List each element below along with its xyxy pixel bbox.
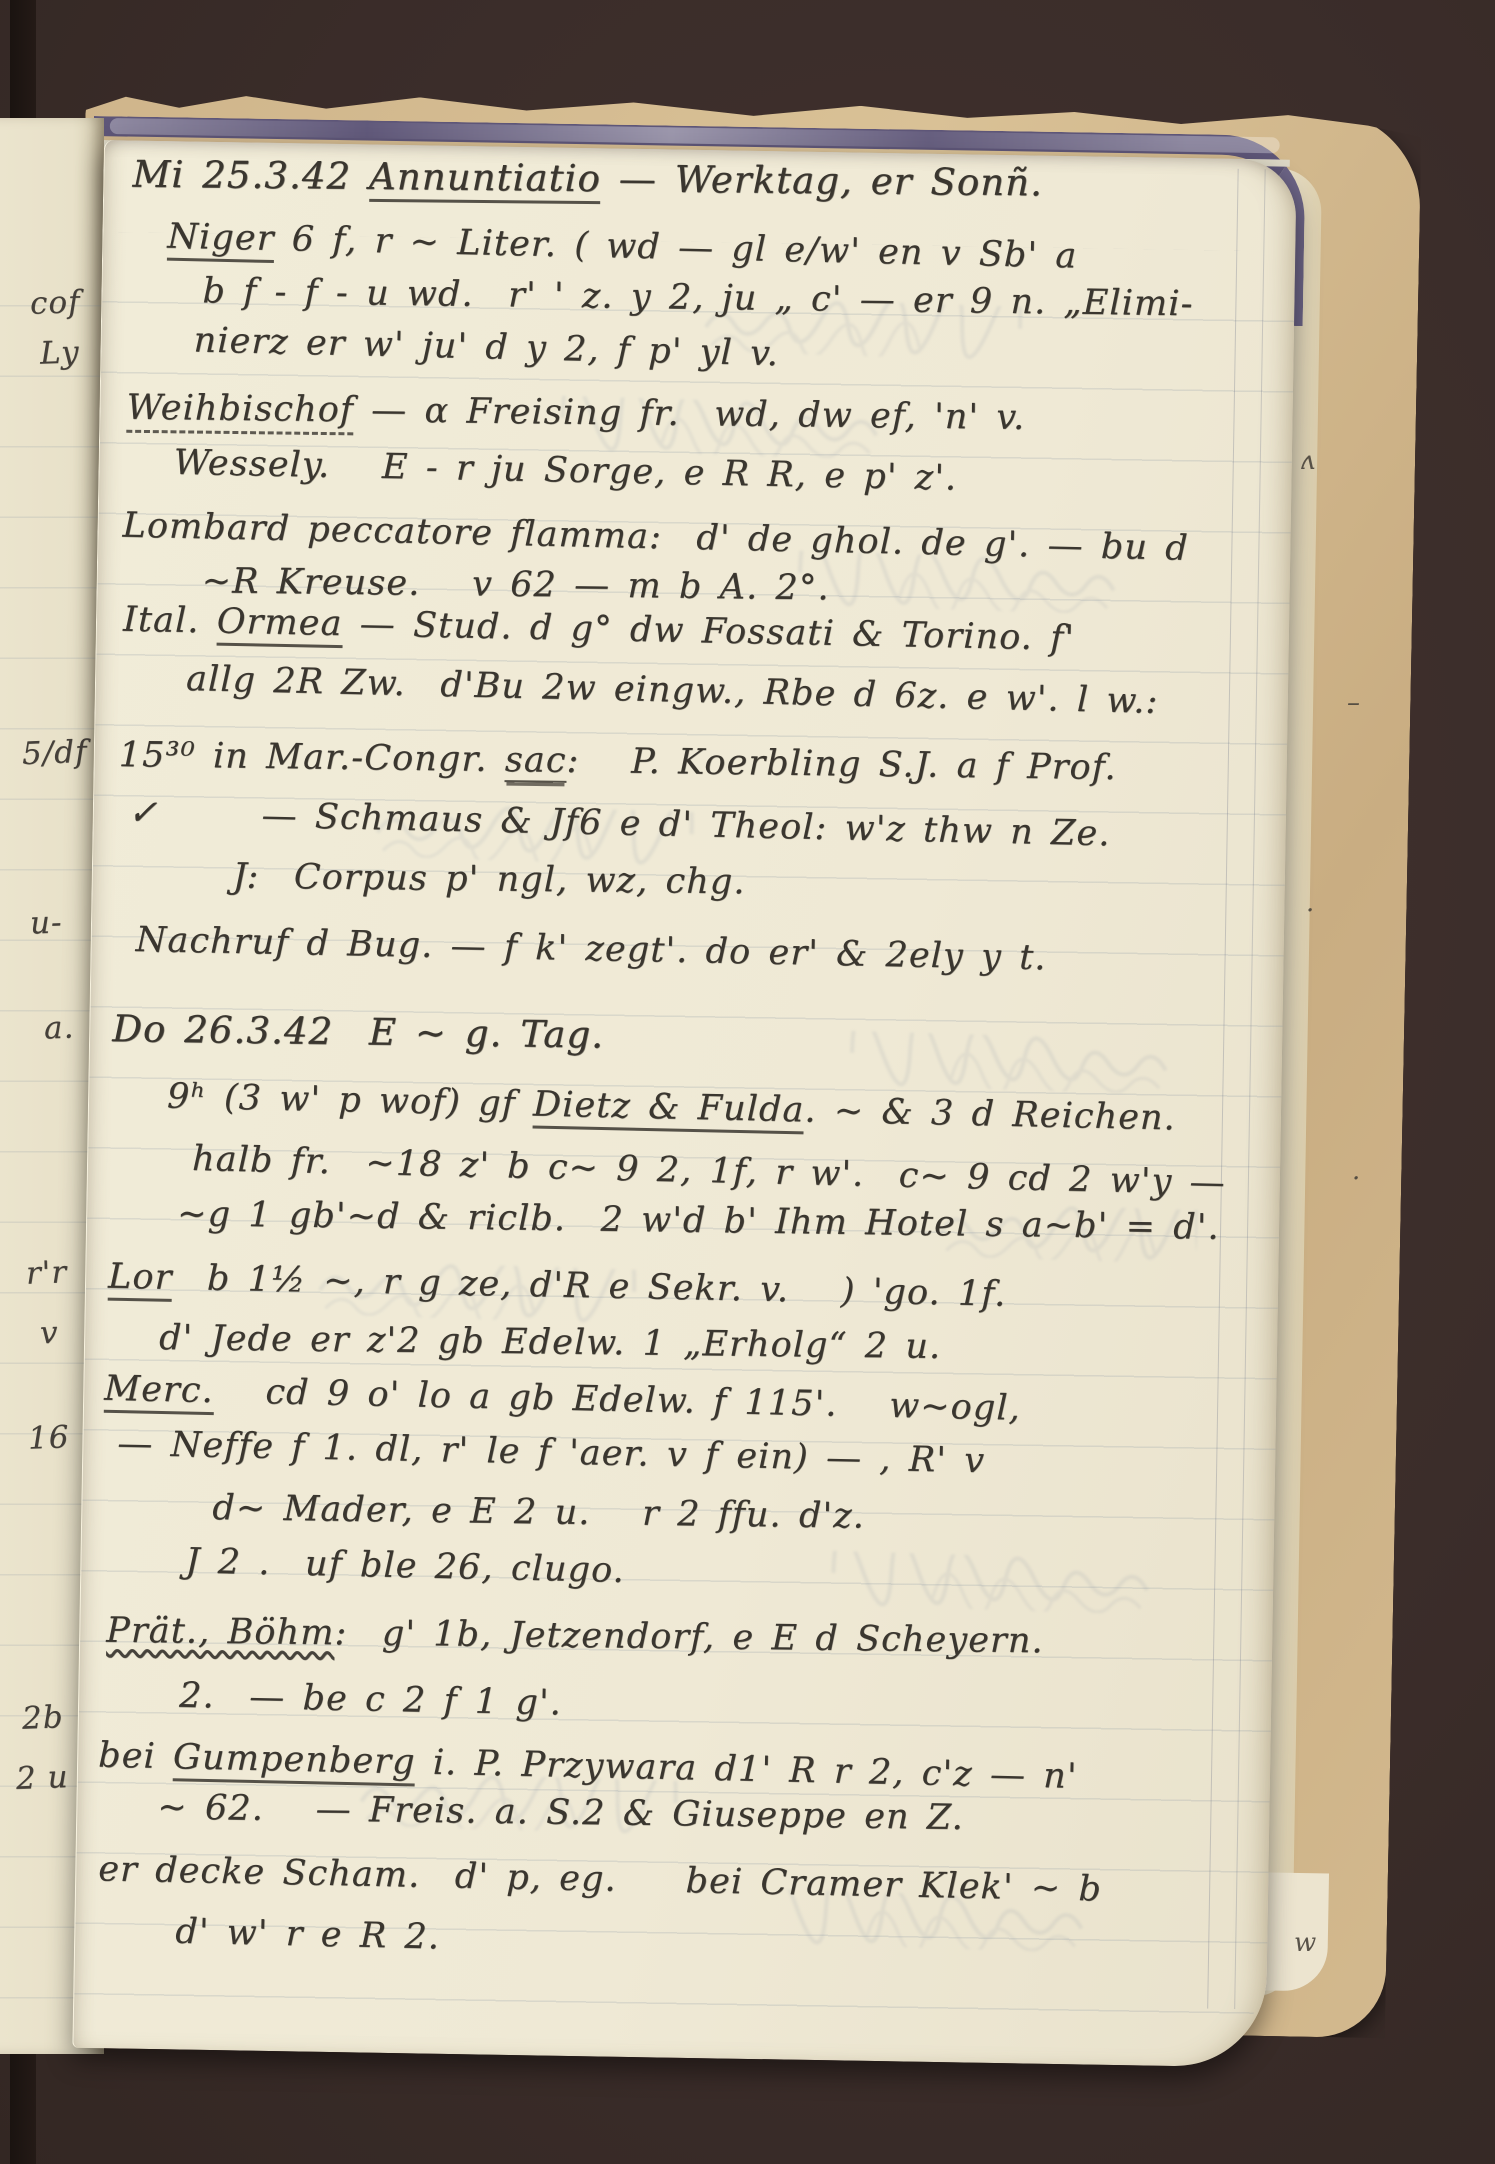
edge-ink-fragment: · xyxy=(1352,1164,1360,1194)
manuscript-text: ✓ xyxy=(127,793,158,834)
manuscript-line: 9ʰ (3 w' p wof) gf Dietz & Fulda. ~ & 3 … xyxy=(167,1075,1177,1141)
facing-page-text-fragment: v xyxy=(39,1315,59,1352)
manuscript-text: : P. Koerbling S.J. a f Prof. xyxy=(566,741,1117,788)
manuscript-text: — Neffe f 1. dl, r' le f 'aer. v f ein) … xyxy=(117,1424,985,1481)
facing-page-text-fragment: 5/df xyxy=(21,734,88,772)
manuscript-text: b 1½ ~, r g ze, d'R e Sekr. v. ) 'go. 1f… xyxy=(172,1258,1007,1315)
manuscript-text: J 2 . uf ble 26, clugo. xyxy=(185,1541,625,1591)
manuscript-text: 9ʰ (3 w' p wof) gf xyxy=(167,1077,534,1125)
underlined-heading-word: Prät., Böhm xyxy=(106,1611,335,1654)
underlined-heading-word: Annuntiatio xyxy=(369,155,601,204)
manuscript-text: — Schmaus & Jf6 e d' Theol: w'z thw n Ze… xyxy=(158,794,1111,855)
manuscript-text: i. P. Przywara d1' R r 2, c'z — n' xyxy=(415,1742,1078,1796)
manuscript-line: d~ Mader, e E 2 u. r 2 ffu. d'z. xyxy=(212,1486,865,1539)
facing-page-text-fragment: r'r xyxy=(25,1254,67,1291)
manuscript-line: nierz er w' ju' d y 2, f p' yl v. xyxy=(193,318,779,376)
manuscript-line: Prät., Böhm: g' 1b, Jetzendorf, e E d Sc… xyxy=(106,1609,1044,1664)
manuscript-text: bei xyxy=(98,1736,174,1778)
edge-ink-fragment: ʌ xyxy=(1300,446,1315,476)
bleedthrough-squiggle xyxy=(779,1029,1170,1095)
bleedthrough-squiggle xyxy=(720,1547,1151,1614)
manuscript-text: : g' 1b, Jetzendorf, e E d Scheyern. xyxy=(334,1613,1044,1661)
manuscript-line: Merc. cd 9 o' lo a gb Edelw. f 115'. w~o… xyxy=(104,1367,1022,1431)
facing-page-text-fragment: 16 xyxy=(27,1419,70,1456)
manuscript-text: Mi 25.3.42 xyxy=(132,153,369,198)
manuscript-text: Nachruf d Bug. — f k' zegt'. do er' & 2e… xyxy=(135,920,1047,978)
edge-ink-fragment: – xyxy=(1347,688,1360,718)
manuscript-text: ~ 62. — Freis. a. S.2 & Giuseppe en Z. xyxy=(157,1788,964,1839)
manuscript-line: ✓ — Schmaus & Jf6 e d' Theol: w'z thw n … xyxy=(127,791,1111,856)
edge-ink-fragment: · xyxy=(1306,896,1314,926)
manuscript-text: — Werktag, er Sonñ. xyxy=(601,157,1043,204)
margin-guide-lines xyxy=(1207,169,1266,2009)
manuscript-line: allg 2R Zw. d'Bu 2w eingw., Rbe d 6z. e … xyxy=(186,657,1159,724)
manuscript-line: Lor b 1½ ~, r g ze, d'R e Sekr. v. ) 'go… xyxy=(108,1255,1007,1317)
facing-page-text-fragment: 2b xyxy=(21,1699,64,1736)
underlined-heading-word: Niger xyxy=(167,217,275,263)
manuscript-text: 15³⁰ in Mar.-Congr. xyxy=(119,735,506,780)
manuscript-line: Do 26.3.42 E ~ g. Tag. xyxy=(112,1007,604,1057)
manuscript-text: Do 26.3.42 E ~ g. Tag. xyxy=(112,1007,604,1056)
manuscript-line: er decke Scham. d' p, eg. bei Cramer Kle… xyxy=(98,1847,1103,1911)
manuscript-line: Wessely. E - r ju Sorge, e R R, e p' z'. xyxy=(173,441,957,501)
manuscript-text: Wessely. E - r ju Sorge, e R R, e p' z'. xyxy=(173,443,957,499)
manuscript-line: J 2 . uf ble 26, clugo. xyxy=(185,1539,625,1593)
edge-ink-fragment: w xyxy=(1294,1928,1316,1958)
manuscript-text: — Stud. d g° dw Fossati & Torino. f' xyxy=(342,604,1075,659)
facing-page-text-fragment: u- xyxy=(29,904,63,941)
underlined-heading-word: Lor xyxy=(108,1257,173,1302)
manuscript-text: 2. — be c 2 f 1 g'. xyxy=(179,1676,562,1724)
manuscript-line: J: Corpus p' ngl, wz, chg. xyxy=(233,855,746,905)
manuscript-text: b f - f - u wd. r' ' z. y 2, ju „ c' — e… xyxy=(202,271,1194,324)
facing-page-text-fragment: a. xyxy=(43,1009,75,1046)
manuscript-line: Niger 6 f, r ~ Liter. ( wd — gl e/w' en … xyxy=(167,215,1078,279)
manuscript-text: allg 2R Zw. d'Bu 2w eingw., Rbe d 6z. e … xyxy=(186,659,1159,722)
manuscript-text: cd 9 o' lo a gb Edelw. f 115'. w~ogl, xyxy=(213,1371,1021,1429)
manuscript-line: Nachruf d Bug. — f k' zegt'. do er' & 2e… xyxy=(135,918,1047,980)
manuscript-text: d' Jede er z'2 gb Edelw. 1 „Erholg“ 2 u. xyxy=(159,1318,942,1367)
book-photograph: cofLy5/dfu-a.r'rv162b2 u Mi 25.3.42 Annu… xyxy=(0,0,1495,2164)
manuscript-text: er decke Scham. d' p, eg. bei Cramer Kle… xyxy=(98,1849,1102,1909)
manuscript-text: d~ Mader, e E 2 u. r 2 ffu. d'z. xyxy=(212,1488,865,1537)
underlined-heading-word: Ormea xyxy=(216,602,343,649)
manuscript-line: Mi 25.3.42 Annuntiatio — Werktag, er Son… xyxy=(132,153,1043,206)
manuscript-text: J: Corpus p' ngl, wz, chg. xyxy=(233,857,746,903)
manuscript-line: d' Jede er z'2 gb Edelw. 1 „Erholg“ 2 u. xyxy=(159,1316,942,1369)
manuscript-text: Ital. xyxy=(123,600,218,642)
manuscript-line: Weihbischof — α Freising fr. wd, dw ef, … xyxy=(126,386,1025,440)
manuscript-line: — Neffe f 1. dl, r' le f 'aer. v f ein) … xyxy=(117,1422,986,1483)
manuscript-text: . ~ & 3 d Reichen. xyxy=(804,1090,1176,1138)
manuscript-text: nierz er w' ju' d y 2, f p' yl v. xyxy=(193,320,779,374)
manuscript-line: 15³⁰ in Mar.-Congr. sac: P. Koerbling S.… xyxy=(119,733,1118,790)
manuscript-text: 6 f, r ~ Liter. ( wd — gl e/w' en v Sb' … xyxy=(274,219,1078,277)
manuscript-text: ~g 1 gb'~d & riclb. 2 w'd b' Ihm Hotel s… xyxy=(177,1194,1220,1248)
manuscript-line: ~ 62. — Freis. a. S.2 & Giuseppe en Z. xyxy=(157,1786,964,1841)
facing-page-text-fragment: cof xyxy=(29,284,81,322)
manuscript-line: b f - f - u wd. r' ' z. y 2, ju „ c' — e… xyxy=(202,269,1194,326)
underlined-heading-word: Weihbischof xyxy=(126,388,354,436)
manuscript-line: d' w' r e R 2. xyxy=(175,1910,441,1960)
facing-page-text-fragment: 2 u xyxy=(15,1759,69,1797)
notebook-page: Mi 25.3.42 Annuntiatio — Werktag, er Son… xyxy=(72,140,1296,2068)
manuscript-text: — α Freising fr. wd, dw ef, 'n' v. xyxy=(354,390,1026,438)
manuscript-line: Ital. Ormea — Stud. d g° dw Fossati & To… xyxy=(123,598,1076,661)
underlined-heading-word: Dietz & Fulda xyxy=(533,1085,805,1135)
manuscript-text: d' w' r e R 2. xyxy=(175,1912,441,1958)
manuscript-line: 2. — be c 2 f 1 g'. xyxy=(179,1674,563,1726)
underlined-heading-word: Merc. xyxy=(104,1369,214,1415)
underlined-heading-word: Gumpenberg xyxy=(173,1737,417,1786)
underlined-heading-word: sac xyxy=(505,740,567,783)
facing-page-text-fragment: Ly xyxy=(39,334,80,371)
